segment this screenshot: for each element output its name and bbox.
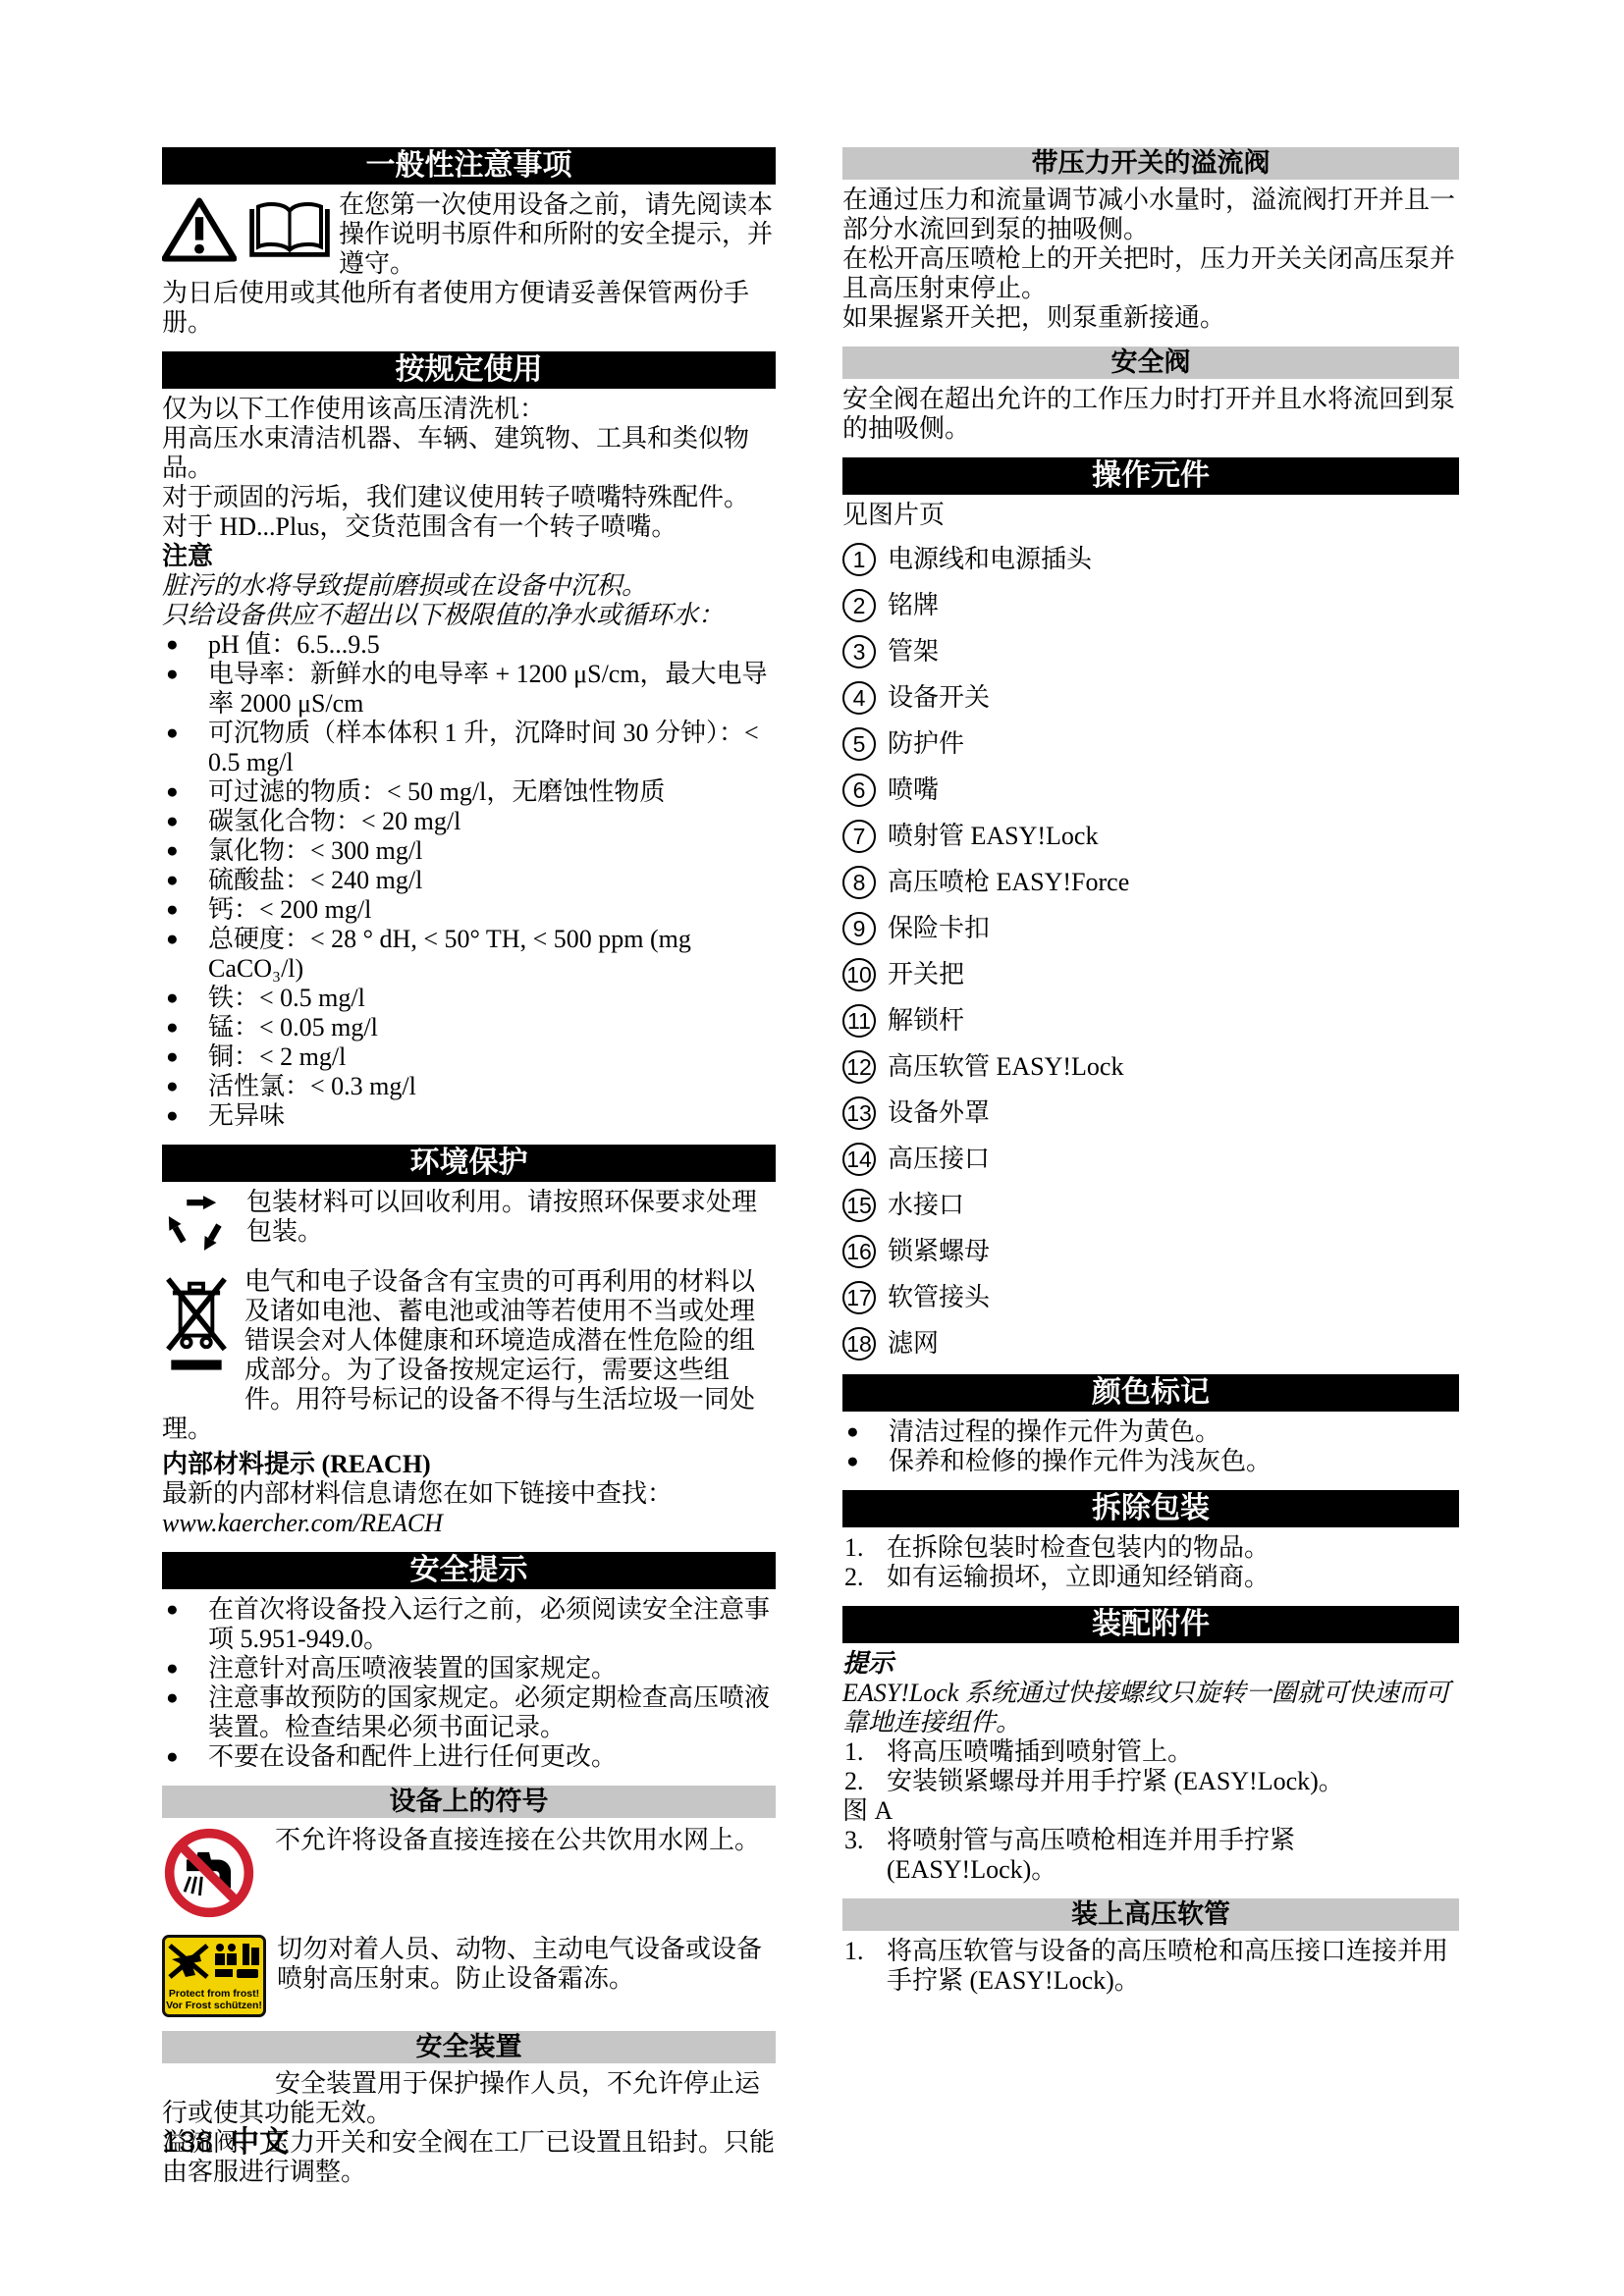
item-number-badge: 9 bbox=[842, 912, 876, 945]
item-number-badge: 2 bbox=[842, 589, 876, 622]
control-item: 18滤网 bbox=[842, 1327, 1459, 1361]
control-label: 高压喷枪 EASY!Force bbox=[888, 868, 1129, 897]
list-item: 锰：< 0.05 mg/l bbox=[162, 1013, 776, 1042]
safety-valve-p1: 安全阀在超出允许的工作压力时打开并且水将流回到泵的抽吸侧。 bbox=[842, 385, 1459, 444]
section-header-overflow-valve: 带压力开关的溢流阀 bbox=[842, 147, 1459, 180]
step-item: 1.将高压软管与设备的高压喷枪和高压接口连接并用手拧紧 (EASY!Lock)。 bbox=[842, 1937, 1459, 1996]
item-number-badge: 7 bbox=[842, 820, 876, 853]
item-number-badge: 16 bbox=[842, 1235, 876, 1268]
section-header-safety-valve: 安全阀 bbox=[842, 347, 1459, 379]
control-item: 10开关把 bbox=[842, 958, 1459, 991]
intended-use-p3: 对于顽固的污垢，我们建议使用转子喷嘴特殊配件。 bbox=[162, 483, 776, 512]
list-item: pH 值：6.5...9.5 bbox=[162, 630, 776, 660]
warning-triangle-icon bbox=[162, 196, 237, 270]
control-item: 13设备外罩 bbox=[842, 1096, 1459, 1130]
item-number-badge: 10 bbox=[842, 958, 876, 991]
list-item: 碳氢化合物：< 20 mg/l bbox=[162, 807, 776, 836]
item-number-badge: 6 bbox=[842, 774, 876, 807]
item-number-badge: 8 bbox=[842, 866, 876, 899]
control-label: 管架 bbox=[888, 637, 939, 667]
no-water-connection-icon bbox=[162, 1826, 258, 1927]
list-item: 可过滤的物质：< 50 mg/l，无磨蚀性物质 bbox=[162, 777, 776, 807]
control-item: 7喷射管 EASY!Lock bbox=[842, 820, 1459, 853]
control-label: 解锁杆 bbox=[888, 1006, 964, 1036]
reach-label: 内部材料提示 (REACH) bbox=[162, 1450, 776, 1479]
list-item: 氯化物：< 300 mg/l bbox=[162, 836, 776, 866]
footer-language: 中文 bbox=[230, 2126, 289, 2159]
item-number-badge: 5 bbox=[842, 727, 876, 761]
item-number-badge: 13 bbox=[842, 1096, 876, 1130]
no-mains-water-row: 不允许将设备直接连接在公共饮用水网上。 bbox=[162, 1826, 776, 1927]
step-item: 3.将喷射管与高压喷枪相连并用手拧紧 (EASY!Lock)。 bbox=[842, 1826, 1459, 1885]
safety-devices-p1: 安全装置用于保护操作人员，不允许停止运行或使其功能无效。 bbox=[162, 2069, 776, 2128]
safety-notes-list: 在首次将设备投入运行之前，必须阅读安全注意事项 5.951-949.0。 注意针… bbox=[162, 1595, 776, 1772]
right-column: 带压力开关的溢流阀 在通过压力和流量调节减小水量时，溢流阀打开并且一部分水流回到… bbox=[842, 147, 1459, 1996]
step-text: 在拆除包装时检查包装内的物品。 bbox=[887, 1533, 1270, 1562]
notice-text-1: 脏污的水将导致提前磨损或在设备中沉积。 bbox=[162, 571, 776, 601]
step-item: 2.如有运输损坏，立即通知经销商。 bbox=[842, 1563, 1459, 1592]
general-notes-intro: 在您第一次使用设备之前，请先阅读本操作说明书原件和所附的安全提示，并遵守。 bbox=[162, 190, 776, 279]
step-number: 2. bbox=[844, 1563, 864, 1592]
notice-text-2: 只给设备供应不超出以下极限值的净水或循环水： bbox=[162, 601, 776, 630]
step-text: 如有运输损坏，立即通知经销商。 bbox=[887, 1563, 1270, 1591]
control-label: 高压接口 bbox=[888, 1145, 990, 1174]
notice-label: 注意 bbox=[162, 542, 776, 571]
packaging-recycling-text: 包装材料可以回收利用。请按照环保要求处理包装。 bbox=[246, 1188, 776, 1247]
control-label: 铭牌 bbox=[888, 591, 939, 620]
step-item: 2.安装锁紧螺母并用手拧紧 (EASY!Lock)。 bbox=[842, 1767, 1459, 1796]
unpacking-steps: 1.在拆除包装时检查包装内的物品。 2.如有运输损坏，立即通知经销商。 bbox=[842, 1533, 1459, 1592]
weee-text: 电气和电子设备含有宝贵的可再利用的材料以及诸如电池、蓄电池或油等若使用不当或处理… bbox=[162, 1267, 776, 1444]
step-text: 将高压软管与设备的高压喷枪和高压接口连接并用手拧紧 (EASY!Lock)。 bbox=[887, 1937, 1448, 1995]
hint-text: EASY!Lock 系统通过快接螺纹只旋转一圈就可快速而可靠地连接组件。 bbox=[842, 1679, 1459, 1737]
step-item: 1.将高压喷嘴插到喷射管上。 bbox=[842, 1737, 1459, 1767]
step-text: 将喷射管与高压喷枪相连并用手拧紧 (EASY!Lock)。 bbox=[887, 1826, 1295, 1884]
control-label: 保险卡扣 bbox=[888, 914, 990, 943]
control-item: 4设备开关 bbox=[842, 681, 1459, 715]
water-limits-list: pH 值：6.5...9.5 电导率：新鲜水的电导率 + 1200 μS/cm，… bbox=[162, 630, 776, 1131]
list-item: 无异味 bbox=[162, 1101, 776, 1131]
step-item: 1.在拆除包装时检查包装内的物品。 bbox=[842, 1533, 1459, 1563]
list-item: 总硬度：< 28 ° dH, < 50° TH, < 500 ppm (mg C… bbox=[162, 925, 776, 984]
intended-use-p2: 用高压水束清洁机器、车辆、建筑物、工具和类似物品。 bbox=[162, 424, 776, 483]
frost-warning-label: Protect from frost! Vor Frost schützen! bbox=[162, 1935, 266, 2017]
packaging-recycling-note: 包装材料可以回收利用。请按照环保要求处理包装。 bbox=[162, 1188, 776, 1261]
control-label: 软管接头 bbox=[888, 1283, 990, 1312]
control-item: 5防护件 bbox=[842, 727, 1459, 761]
item-number-badge: 11 bbox=[842, 1004, 876, 1038]
frost-label-line1: Protect from frost! bbox=[166, 1988, 262, 2000]
mounting-steps: 1.将高压喷嘴插到喷射管上。 2.安装锁紧螺母并用手拧紧 (EASY!Lock)… bbox=[842, 1737, 1459, 1885]
list-item: 铜：< 2 mg/l bbox=[162, 1042, 776, 1072]
item-number-badge: 4 bbox=[842, 681, 876, 715]
no-spray-row: Protect from frost! Vor Frost schützen! … bbox=[162, 1935, 776, 2017]
section-header-intended-use: 按规定使用 bbox=[162, 351, 776, 389]
item-number-badge: 14 bbox=[842, 1143, 876, 1176]
list-item: 注意事故预防的国家规定。必须定期检查高压喷液装置。检查结果必须书面记录。 bbox=[162, 1683, 776, 1742]
list-item: 活性氯：< 0.3 mg/l bbox=[162, 1072, 776, 1101]
section-header-general-notes: 一般性注意事项 bbox=[162, 147, 776, 185]
control-item: 14高压接口 bbox=[842, 1143, 1459, 1176]
control-label: 高压软管 EASY!Lock bbox=[888, 1052, 1123, 1082]
list-item: 电导率：新鲜水的电导率 + 1200 μS/cm，最大电导率 2000 μS/c… bbox=[162, 660, 776, 719]
overflow-valve-p1: 在通过压力和流量调节减小水量时，溢流阀打开并且一部分水流回到泵的抽吸侧。 bbox=[842, 186, 1459, 244]
control-item: 11解锁杆 bbox=[842, 1004, 1459, 1038]
section-header-color-coding: 颜色标记 bbox=[842, 1374, 1459, 1412]
control-item: 2铭牌 bbox=[842, 589, 1459, 622]
intended-use-p4: 对于 HD...Plus，交货范围含有一个转子喷嘴。 bbox=[162, 512, 776, 542]
step-number: 1. bbox=[844, 1737, 864, 1767]
section-header-mount-accessories: 装配附件 bbox=[842, 1606, 1459, 1643]
section-header-controls: 操作元件 bbox=[842, 457, 1459, 495]
control-label: 设备外罩 bbox=[888, 1098, 990, 1128]
list-item: 钙：< 200 mg/l bbox=[162, 895, 776, 925]
control-item: 17软管接头 bbox=[842, 1281, 1459, 1314]
control-item: 1电源线和电源插头 bbox=[842, 543, 1459, 576]
left-column: 一般性注意事项 在您第一次使用设 bbox=[162, 147, 776, 2187]
attach-hose-steps: 1.将高压软管与设备的高压喷枪和高压接口连接并用手拧紧 (EASY!Lock)。 bbox=[842, 1937, 1459, 1996]
list-item: 注意针对高压喷液装置的国家规定。 bbox=[162, 1654, 776, 1683]
section-header-safety-notes: 安全提示 bbox=[162, 1552, 776, 1589]
color-coding-list: 清洁过程的操作元件为黄色。 保养和检修的操作元件为浅灰色。 bbox=[842, 1417, 1459, 1476]
list-item: 铁：< 0.5 mg/l bbox=[162, 984, 776, 1013]
intro-icons bbox=[162, 190, 339, 270]
control-item: 3管架 bbox=[842, 635, 1459, 668]
control-item: 9保险卡扣 bbox=[842, 912, 1459, 945]
reach-url: www.kaercher.com/REACH bbox=[162, 1509, 776, 1538]
list-item: 不要在设备和配件上进行任何更改。 bbox=[162, 1742, 776, 1772]
frost-label-line2: Vor Frost schützen! bbox=[166, 2000, 262, 2011]
item-number-badge: 12 bbox=[842, 1050, 876, 1084]
list-item: 清洁过程的操作元件为黄色。 bbox=[842, 1417, 1459, 1447]
hint-label: 提示 bbox=[842, 1649, 1459, 1679]
manual-page: 一般性注意事项 在您第一次使用设 bbox=[0, 0, 1624, 2296]
control-item: 12高压软管 EASY!Lock bbox=[842, 1050, 1459, 1084]
item-number-badge: 17 bbox=[842, 1281, 876, 1314]
section-header-safety-devices: 安全装置 bbox=[162, 2031, 776, 2063]
section-header-unpacking: 拆除包装 bbox=[842, 1490, 1459, 1527]
control-item: 8高压喷枪 EASY!Force bbox=[842, 866, 1459, 899]
control-item: 6喷嘴 bbox=[842, 774, 1459, 807]
weee-note: 电气和电子设备含有宝贵的可再利用的材料以及诸如电池、蓄电池或油等若使用不当或处理… bbox=[162, 1267, 776, 1444]
intended-use-p1: 仅为以下工作使用该高压清洗机： bbox=[162, 395, 776, 424]
page-number: 138 bbox=[162, 2126, 214, 2159]
step-number: 3. bbox=[844, 1826, 864, 1855]
no-mains-water-text: 不允许将设备直接连接在公共饮用水网上。 bbox=[275, 1826, 760, 1855]
page-footer: 138中文 bbox=[162, 2126, 289, 2160]
item-number-badge: 18 bbox=[842, 1327, 876, 1361]
keep-manual-text: 为日后使用或其他所有者使用方便请妥善保管两份手册。 bbox=[162, 279, 776, 338]
overflow-valve-p3: 如果握紧开关把，则泵重新接通。 bbox=[842, 303, 1459, 333]
see-figure-page-text: 见图片页 bbox=[842, 501, 1459, 530]
control-label: 电源线和电源插头 bbox=[888, 545, 1092, 574]
item-number-badge: 3 bbox=[842, 635, 876, 668]
control-label: 设备开关 bbox=[888, 683, 990, 713]
step-number: 1. bbox=[844, 1533, 864, 1563]
control-label: 开关把 bbox=[888, 960, 964, 989]
control-item: 16锁紧螺母 bbox=[842, 1235, 1459, 1268]
controls-list: 1电源线和电源插头 2铭牌 3管架 4设备开关 5防护件 6喷嘴 7喷射管 EA… bbox=[842, 543, 1459, 1361]
list-item: 在首次将设备投入运行之前，必须阅读安全注意事项 5.951-949.0。 bbox=[162, 1595, 776, 1654]
open-book-icon bbox=[246, 196, 333, 270]
control-item: 15水接口 bbox=[842, 1189, 1459, 1222]
control-label: 锁紧螺母 bbox=[888, 1237, 990, 1266]
control-label: 水接口 bbox=[888, 1191, 964, 1220]
item-number-badge: 15 bbox=[842, 1189, 876, 1222]
list-item: 硫酸盐：< 240 mg/l bbox=[162, 866, 776, 895]
section-header-attach-hose: 装上高压软管 bbox=[842, 1898, 1459, 1931]
control-label: 防护件 bbox=[888, 729, 964, 759]
list-item: 可沉物质（样本体积 1 升，沉降时间 30 分钟）：< 0.5 mg/l bbox=[162, 719, 776, 777]
item-number-badge: 1 bbox=[842, 543, 876, 576]
no-spray-text: 切勿对着人员、动物、主动电气设备或设备喷射高压射束。防止设备霜冻。 bbox=[277, 1935, 776, 1994]
control-label: 滤网 bbox=[888, 1329, 939, 1359]
step-text: 将高压喷嘴插到喷射管上。 bbox=[887, 1737, 1193, 1766]
section-header-environment: 环境保护 bbox=[162, 1145, 776, 1182]
section-header-symbols: 设备上的符号 bbox=[162, 1786, 776, 1818]
reach-text: 最新的内部材料信息请您在如下链接中查找： bbox=[162, 1479, 776, 1509]
figure-reference: 图 A bbox=[842, 1796, 1459, 1826]
step-text: 安装锁紧螺母并用手拧紧 (EASY!Lock)。 bbox=[887, 1767, 1344, 1795]
overflow-valve-p2: 在松开高压喷枪上的开关把时，压力开关关闭高压泵并且高压射束停止。 bbox=[842, 244, 1459, 303]
control-label: 喷射管 EASY!Lock bbox=[888, 822, 1098, 851]
weee-bin-icon bbox=[162, 1269, 231, 1392]
list-item: 保养和检修的操作元件为浅灰色。 bbox=[842, 1447, 1459, 1476]
general-notes-intro-text: 在您第一次使用设备之前，请先阅读本操作说明书原件和所附的安全提示，并遵守。 bbox=[339, 190, 776, 279]
recycle-icon bbox=[162, 1188, 246, 1261]
control-label: 喷嘴 bbox=[888, 775, 939, 805]
step-number: 2. bbox=[844, 1767, 864, 1796]
step-number: 1. bbox=[844, 1937, 864, 1966]
